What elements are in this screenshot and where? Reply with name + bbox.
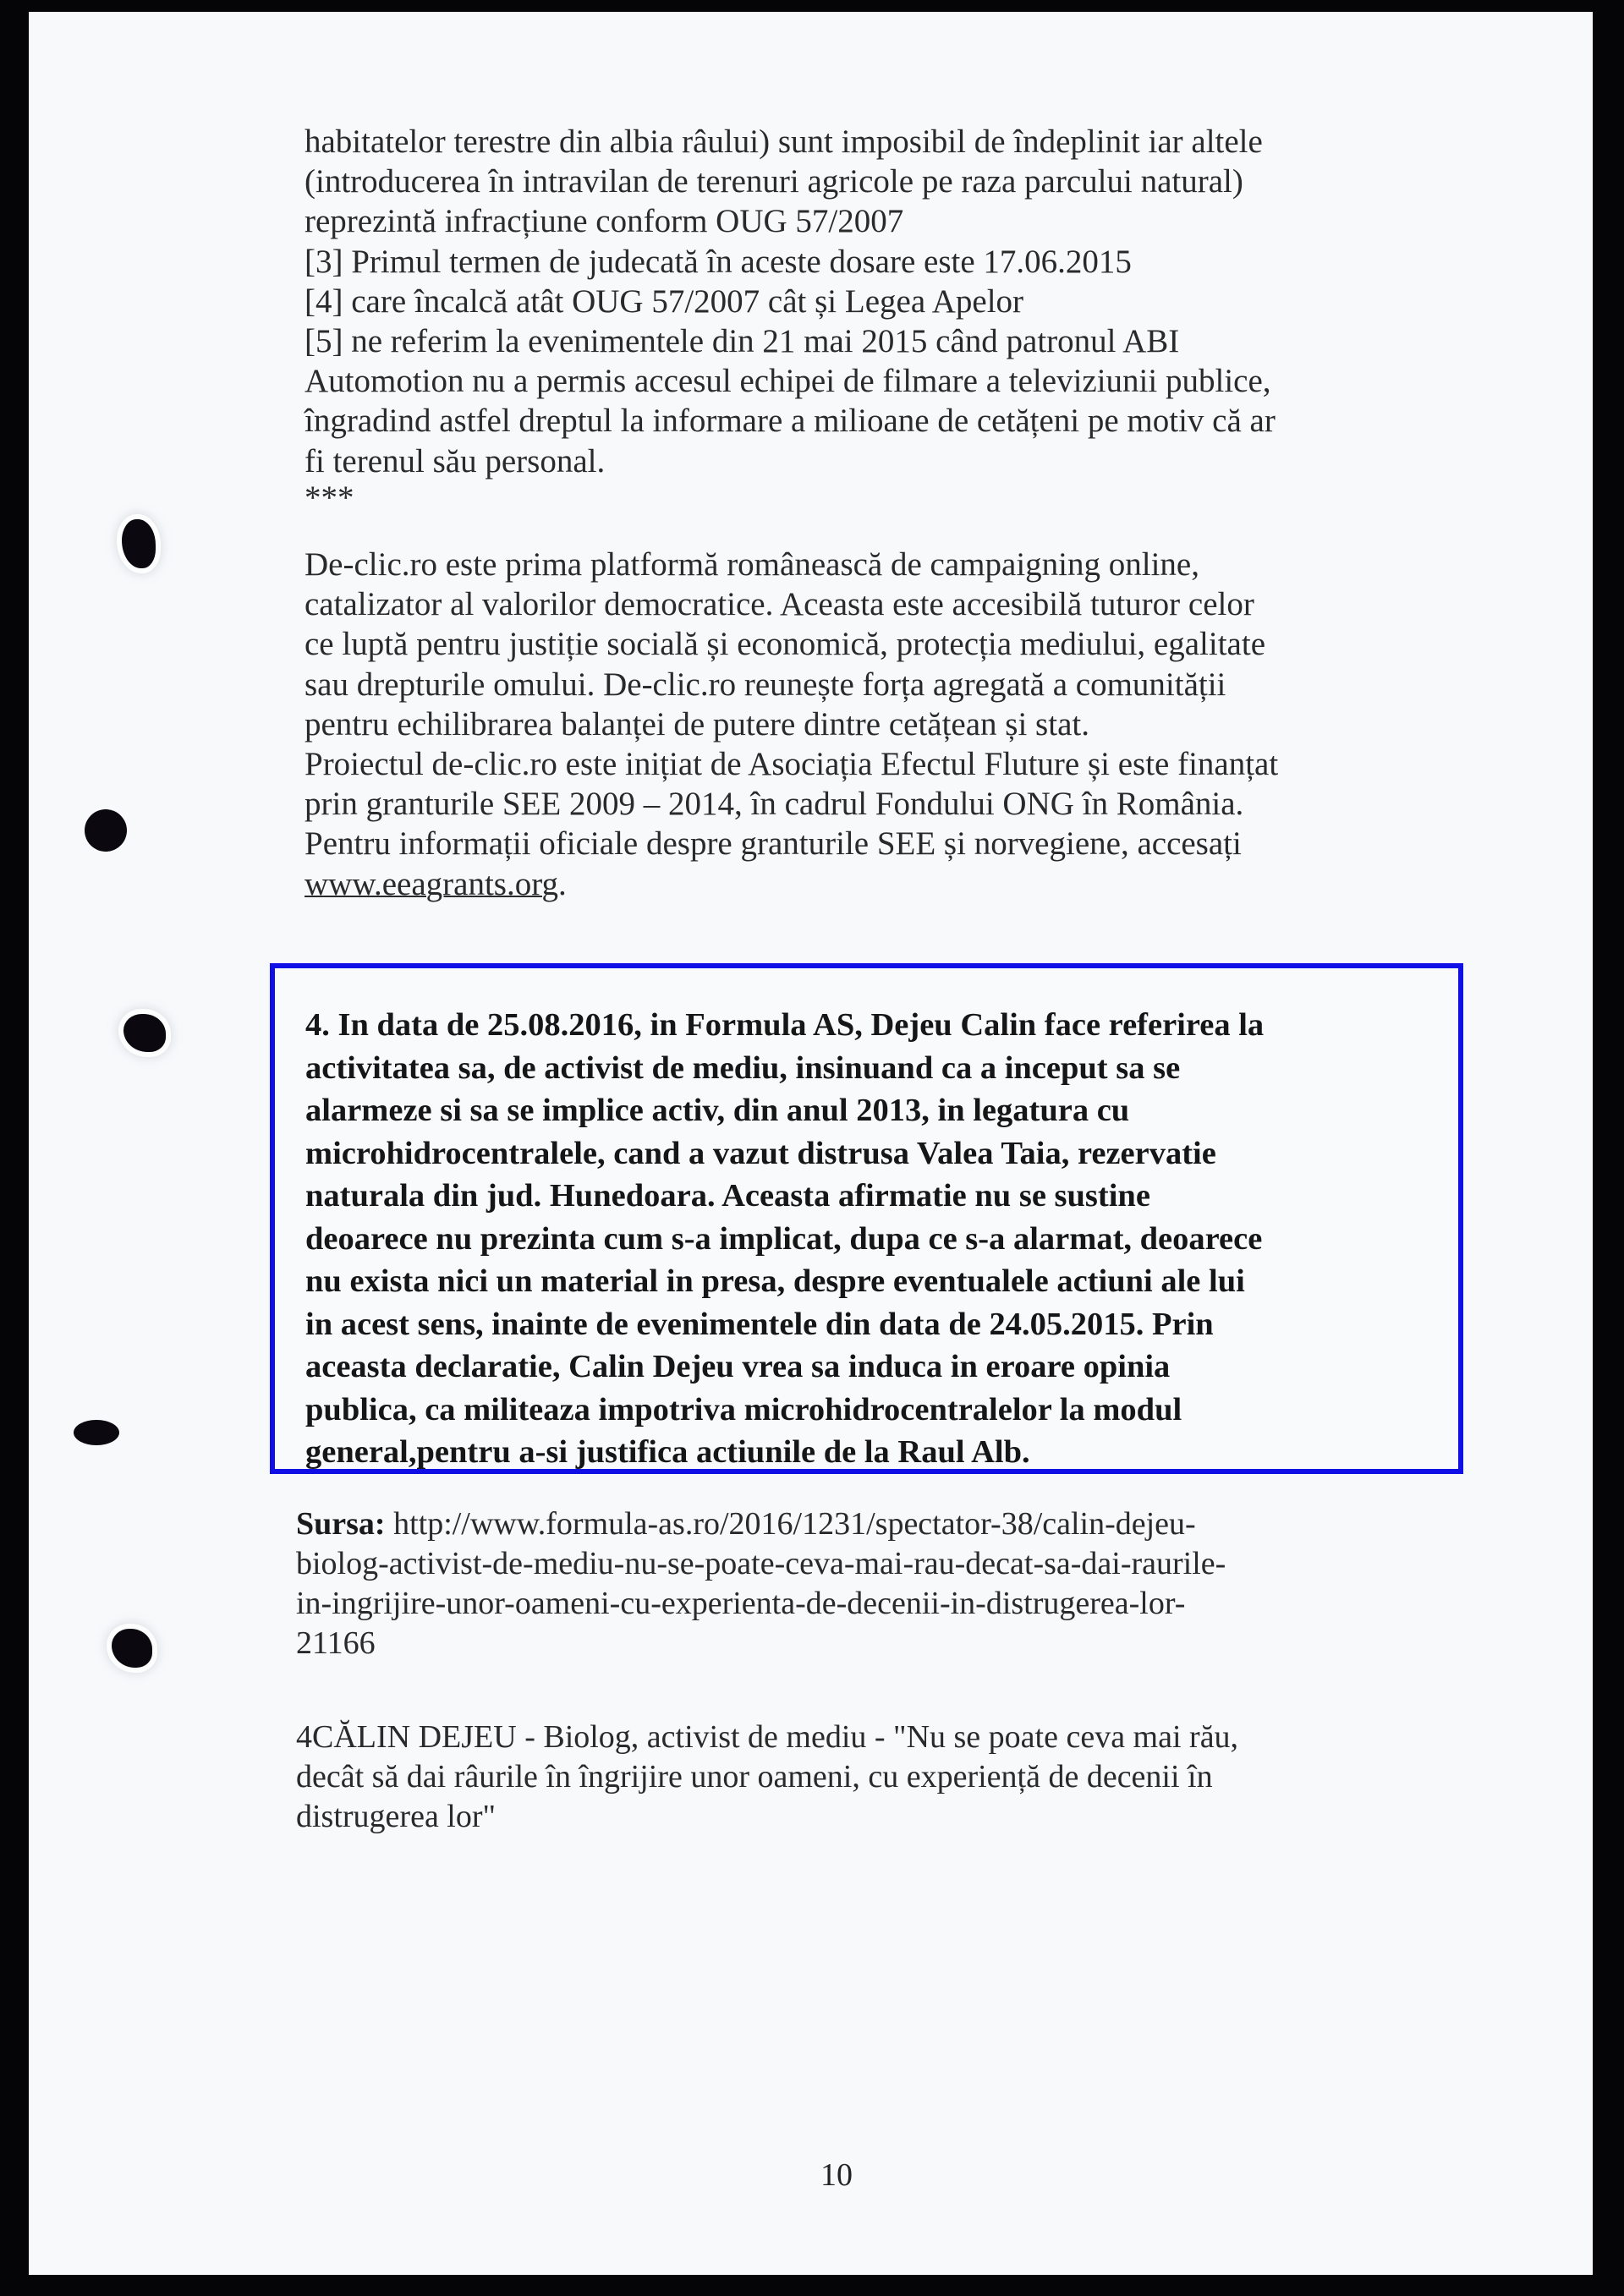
source-url-continued[interactable]: in-ingrijire-unor-oameni-cu-experienta-d… (296, 1584, 1226, 1624)
footnote-line: fi terenul său personal. (304, 441, 1438, 481)
callout-line: in acest sens, inainte de evenimentele d… (305, 1303, 1264, 1346)
callout-line: activitatea sa, de activist de mediu, in… (305, 1047, 1264, 1090)
scanned-page: habitatelor terestre din albia râului) s… (29, 12, 1593, 2275)
footnote-line: reprezintă infracțiune conform OUG 57/20… (304, 201, 1438, 241)
footnote-line: (introducerea în intravilan de terenuri … (304, 162, 1438, 201)
punch-hole (74, 1420, 119, 1445)
source-citation: Sursa: http://www.formula-as.ro/2016/123… (296, 1504, 1226, 1663)
paragraph-line: prin granturile SEE 2009 – 2014, în cadr… (304, 784, 1438, 824)
highlighted-callout-box: 4. In data de 25.08.2016, in Formula AS,… (270, 963, 1463, 1474)
footnote-line: îngradind astfel dreptul la informare a … (304, 401, 1438, 441)
torn-punch-hole (123, 1014, 166, 1052)
paragraph-line: Proiectul de-clic.ro este inițiat de Aso… (304, 744, 1438, 784)
page-number: 10 (820, 2156, 853, 2194)
callout-line: alarmeze si sa se implice activ, din anu… (305, 1089, 1264, 1132)
footnote-line: Automotion nu a permis accesul echipei d… (304, 361, 1438, 401)
source-url-continued[interactable]: biolog-activist-de-mediu-nu-se-poate-cev… (296, 1544, 1226, 1584)
link-suffix: . (558, 866, 567, 902)
callout-line: 4. In data de 25.08.2016, in Formula AS,… (305, 1004, 1264, 1047)
paragraph-line: catalizator al valorilor democratice. Ac… (304, 584, 1438, 624)
footnote-3: [3] Primul termen de judecată în aceste … (304, 242, 1438, 282)
footnote-4: [4] care încalcă atât OUG 57/2007 cât și… (304, 282, 1438, 321)
article-title: 4CĂLIN DEJEU - Biolog, activist de mediu… (296, 1718, 1238, 1837)
source-line: Sursa: http://www.formula-as.ro/2016/123… (296, 1504, 1226, 1544)
separator-asterisks: *** (304, 481, 1438, 515)
callout-line: nu exista nici un material in presa, des… (305, 1260, 1264, 1303)
article-title-line: decât să dai râurile în îngrijire unor o… (296, 1757, 1238, 1797)
callout-line: general,pentru a-si justifica actiunile … (305, 1431, 1264, 1474)
eeagrants-link[interactable]: www.eeagrants.org (304, 866, 558, 902)
paragraph-line: De-clic.ro este prima platformă româneas… (304, 545, 1438, 584)
callout-line: aceasta declaratie, Calin Dejeu vrea sa … (305, 1345, 1264, 1389)
paragraph-line: pentru echilibrarea balanței de putere d… (304, 704, 1438, 744)
declic-paragraph: De-clic.ro este prima platformă româneas… (304, 545, 1438, 904)
source-label: Sursa: (296, 1506, 386, 1542)
paragraph-line: sau drepturile omului. De-clic.ro reuneș… (304, 665, 1438, 704)
callout-line: publica, ca militeaza impotriva microhid… (305, 1389, 1264, 1432)
paragraph-line: ce luptă pentru justiție socială și econ… (304, 624, 1438, 664)
torn-punch-hole (122, 519, 156, 568)
source-url[interactable]: http://www.formula-as.ro/2016/1231/spect… (386, 1506, 1196, 1542)
article-title-line: distrugerea lor" (296, 1797, 1238, 1837)
paragraph-line: Pentru informații oficiale despre grantu… (304, 824, 1438, 863)
callout-text: 4. In data de 25.08.2016, in Formula AS,… (305, 1004, 1264, 1474)
callout-line: microhidrocentralele, cand a vazut distr… (305, 1132, 1264, 1175)
callout-line: deoarece nu prezinta cum s-a implicat, d… (305, 1218, 1264, 1261)
paragraph-line: www.eeagrants.org. (304, 864, 1438, 904)
callout-line: naturala din jud. Hunedoara. Aceasta afi… (305, 1175, 1264, 1218)
article-title-line: 4CĂLIN DEJEU - Biolog, activist de mediu… (296, 1718, 1238, 1757)
punch-hole (85, 809, 127, 852)
footnotes-block: habitatelor terestre din albia râului) s… (304, 122, 1438, 515)
footnote-5: [5] ne referim la evenimentele din 21 ma… (304, 321, 1438, 361)
source-url-continued[interactable]: 21166 (296, 1624, 1226, 1663)
footnote-line: habitatelor terestre din albia râului) s… (304, 122, 1438, 162)
torn-punch-hole (112, 1629, 152, 1668)
